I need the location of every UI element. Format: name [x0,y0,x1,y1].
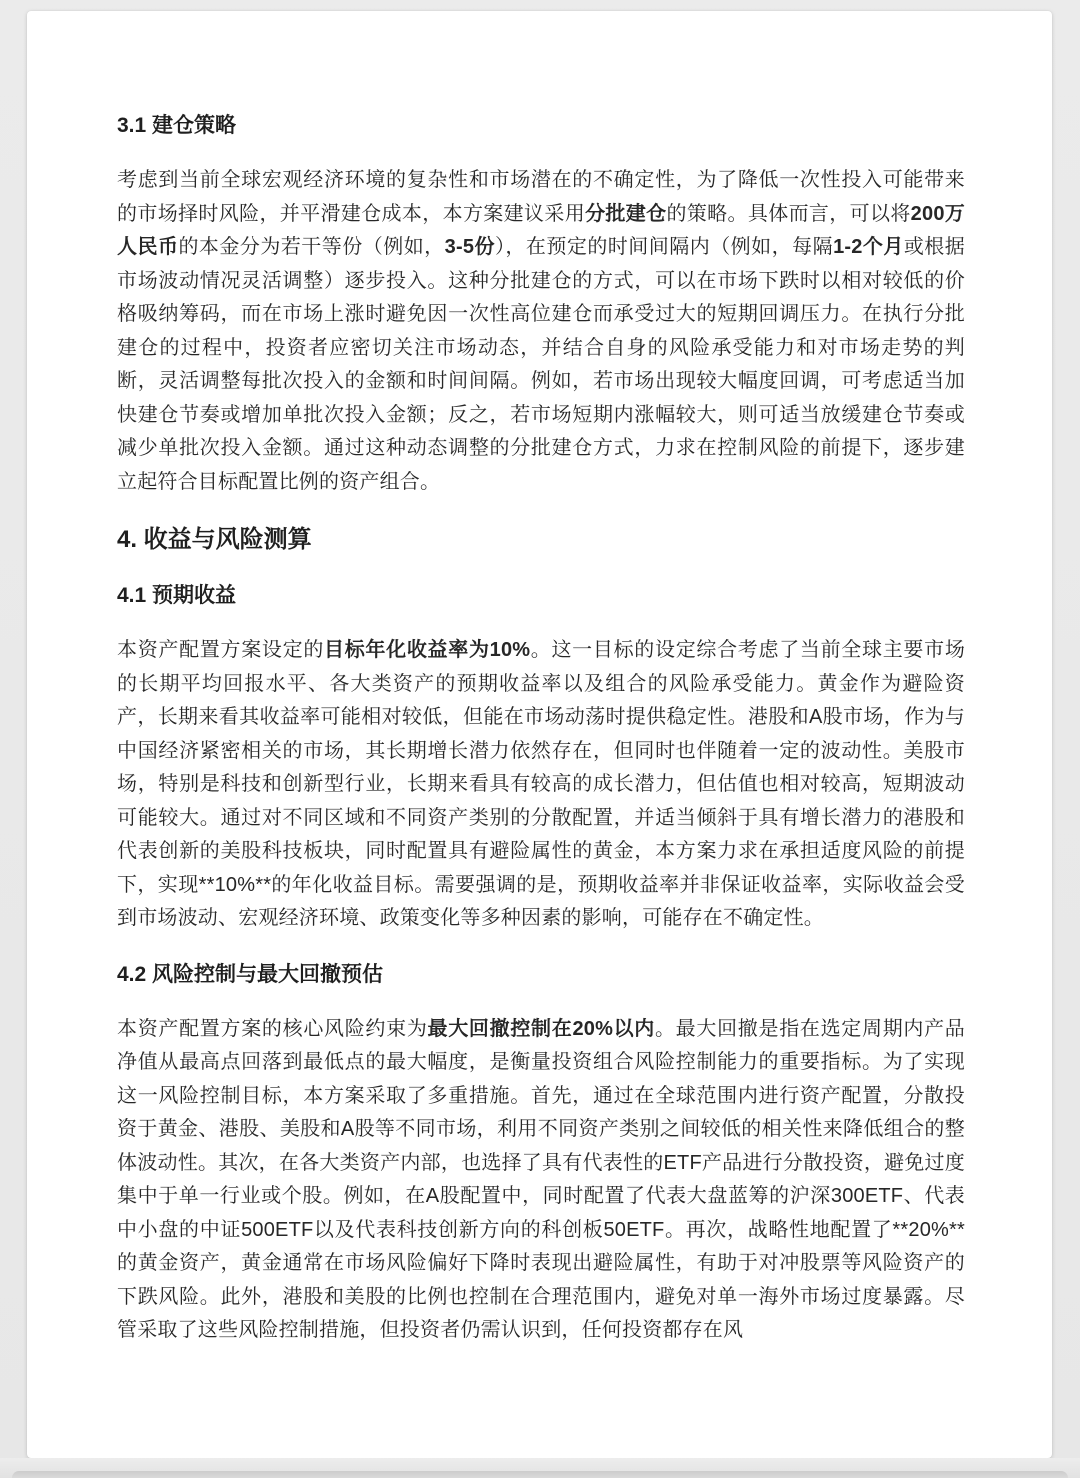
bold-text-run: 目标年化收益率为10% [324,639,530,661]
paragraph-position-building-strategy: 考虑到当前全球宏观经济环境的复杂性和市场潜在的不确定性，为了降低一次性投入可能带… [117,164,965,499]
bold-text-run: 4.1 预期收益 [117,584,236,607]
paragraph-expected-return: 本资产配置方案设定的目标年化收益率为10%。这一目标的设定综合考虑了当前全球主要… [117,634,965,936]
section-4-1-heading: 4.1 预期收益 [117,581,965,610]
section-3-1-heading: 3.1 建仓策略 [117,111,965,140]
bold-text-run: 4.2 风险控制与最大回撤预估 [117,963,383,986]
text-run: 。这一目标的设定综合考虑了当前全球主要市场的长期平均回报水平、各大类资产的预期收… [117,639,965,929]
section-4-2-heading: 4.2 风险控制与最大回撤预估 [117,960,965,989]
text-run: ），在预定的时间间隔内（例如，每隔 [495,236,833,258]
text-run: 。最大回撤是指在选定周期内产品净值从最高点回落到最低点的最大幅度，是衡量投资组合… [117,1018,965,1342]
document-content: 3.1 建仓策略考虑到当前全球宏观经济环境的复杂性和市场潜在的不确定性，为了降低… [117,111,965,1348]
bold-text-run: 最大回撤控制在20%以内 [428,1018,655,1040]
bold-text-run: 3-5份 [445,236,495,258]
text-run: 或根据市场波动情况灵活调整）逐步投入。这种分批建仓的方式，可以在市场下跌时以相对… [117,236,965,493]
text-run: 本资产配置方案的核心风险约束为 [117,1018,428,1040]
bold-text-run: 4. 收益与风险测算 [117,526,312,553]
text-run: 本资产配置方案设定的 [117,639,324,661]
paragraph-risk-control: 本资产配置方案的核心风险约束为最大回撤控制在20%以内。最大回撤是指在选定周期内… [117,1013,965,1348]
text-run: 的本金分为若干等份（例如， [178,236,444,258]
text-run: 的策略。具体而言，可以将 [666,203,910,225]
next-page-top-edge [12,1471,1068,1478]
document-page: 3.1 建仓策略考虑到当前全球宏观经济环境的复杂性和市场潜在的不确定性，为了降低… [27,11,1052,1458]
bold-text-run: 分批建仓 [585,203,666,225]
section-4-heading: 4. 收益与风险测算 [117,523,965,557]
bold-text-run: 1-2个月 [833,236,904,258]
bold-text-run: 3.1 建仓策略 [117,114,236,137]
